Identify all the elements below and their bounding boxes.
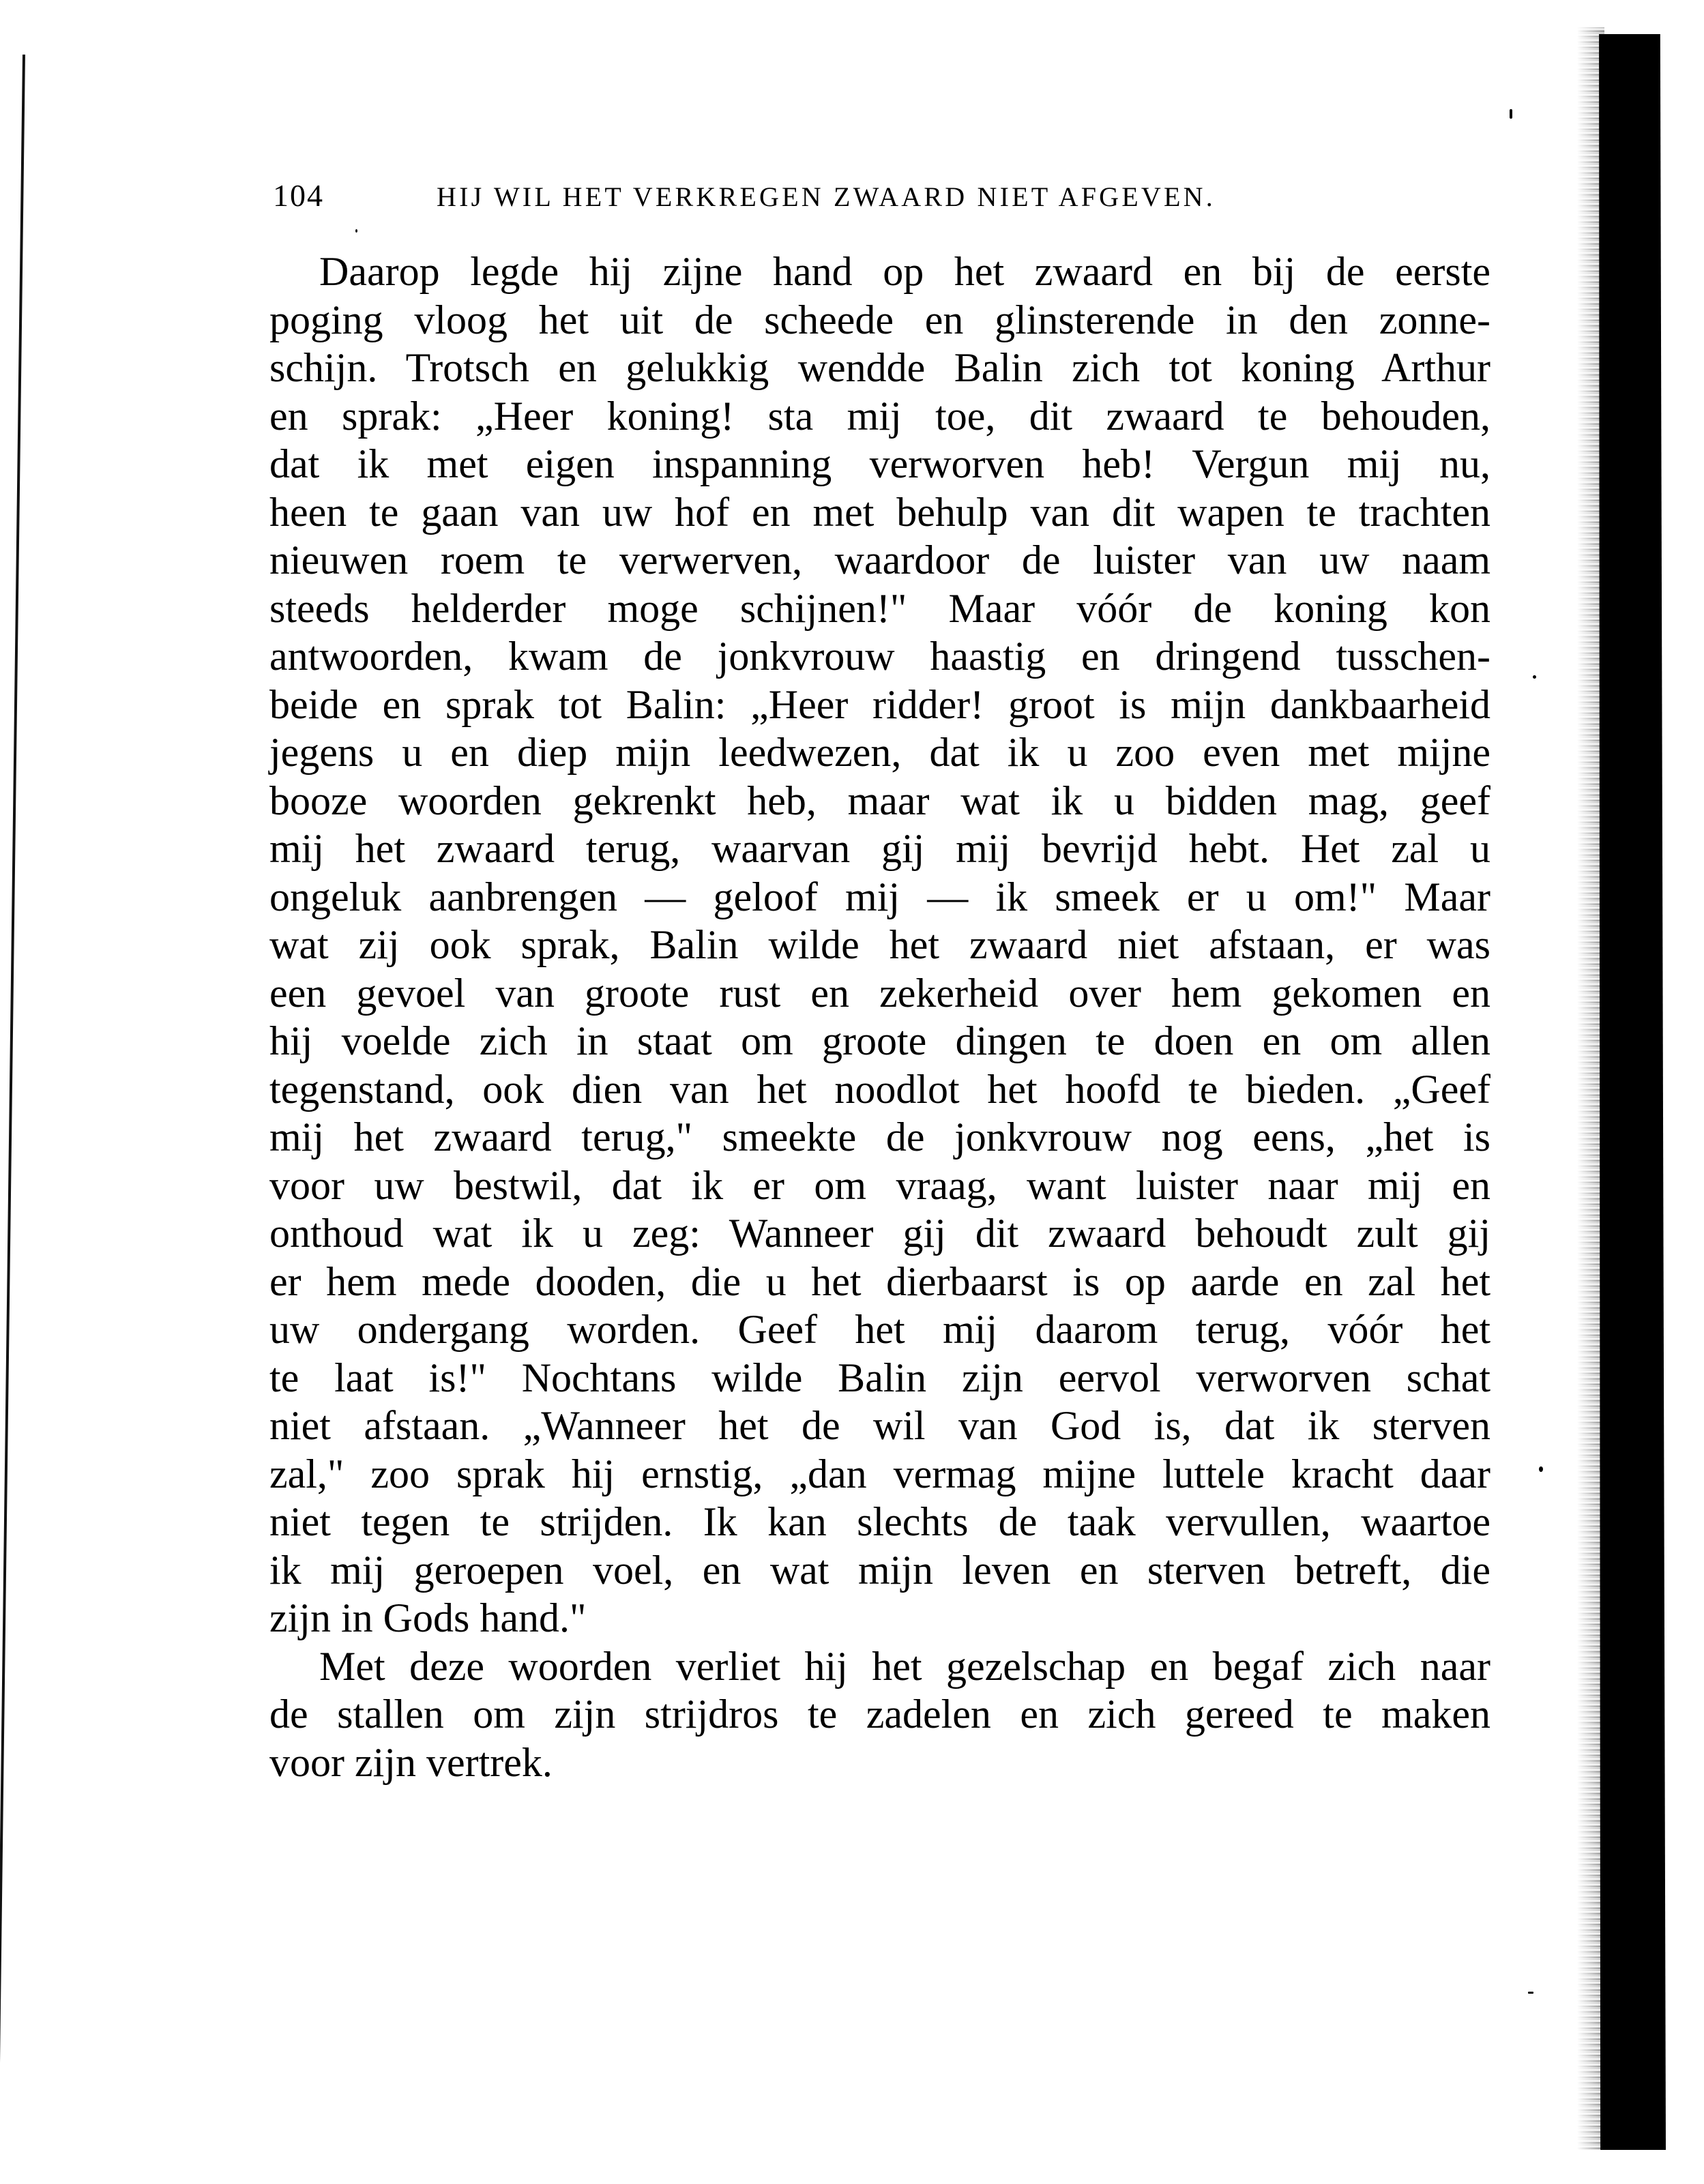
text-line: er hem mede dooden, die u het dierbaarst… [269, 1258, 1490, 1306]
text-line: wat zij ook sprak, Balin wilde het zwaar… [269, 921, 1490, 969]
text-line: ongeluk aanbrengen — geloof mij — ik sme… [269, 873, 1490, 921]
scan-speck [1539, 1466, 1543, 1472]
page-left-edge-line [0, 55, 25, 2184]
text-line: Daarop legde hij zijne hand op het zwaar… [269, 248, 1490, 296]
text-line: niet tegen te strijden. Ik kan slechts d… [269, 1498, 1490, 1546]
text-line: Met deze woorden verliet hij het gezelsc… [269, 1642, 1490, 1691]
text-line: poging vloog het uit de scheede en glins… [269, 296, 1490, 344]
scan-speck [355, 229, 357, 233]
running-head-title: HIJ WIL HET VERKREGEN ZWAARD NIET AFGEVE… [437, 180, 1216, 214]
text-line: hij voelde zich in staat om groote dinge… [269, 1017, 1490, 1065]
text-line: tegenstand, ook dien van het noodlot het… [269, 1065, 1490, 1114]
text-line: zijn in Gods hand." [269, 1594, 1490, 1642]
text-line: zal," zoo sprak hij ernstig, „dan vermag… [269, 1450, 1490, 1499]
text-line: een gevoel van groote rust en zekerheid … [269, 969, 1490, 1018]
text-line: uw ondergang worden. Geef het mij daarom… [269, 1305, 1490, 1354]
scan-speck [1528, 1992, 1533, 1994]
paragraph-2: Met deze woorden verliet hij het gezelsc… [269, 1642, 1490, 1787]
running-head: 104 HIJ WIL HET VERKREGEN ZWAARD NIET AF… [273, 179, 1501, 213]
text-line: jegens u en diep mijn leedwezen, dat ik … [269, 728, 1490, 777]
text-line: nieuwen roem te verwerven, waardoor de l… [269, 536, 1490, 585]
text-line: onthoud wat ik u zeg: Wanneer gij dit zw… [269, 1209, 1490, 1258]
text-line: heen te gaan van uw hof en met behulp va… [269, 488, 1490, 537]
text-line: de stallen om zijn strijdros te zadelen … [269, 1690, 1490, 1739]
text-line: antwoorden, kwam de jonkvrouw haastig en… [269, 632, 1490, 681]
text-line: niet afstaan. „Wanneer het de wil van Go… [269, 1402, 1490, 1450]
paragraph-1: Daarop legde hij zijne hand op het zwaar… [269, 248, 1490, 1642]
text-line: en sprak: „Heer koning! sta mij toe, dit… [269, 392, 1490, 441]
text-line: beide en sprak tot Balin: „Heer ridder! … [269, 681, 1490, 729]
text-line: schijn. Trotsch en gelukkig wendde Balin… [269, 344, 1490, 392]
body-text: Daarop legde hij zijne hand op het zwaar… [269, 248, 1490, 1786]
scan-speck [1510, 109, 1512, 119]
text-line: te laat is!" Nochtans wilde Balin zijn e… [269, 1354, 1490, 1402]
scan-speck [1533, 675, 1536, 679]
text-line: ik mij geroepen voel, en wat mijn leven … [269, 1546, 1490, 1595]
text-line: voor zijn vertrek. [269, 1739, 1490, 1787]
binding-shadow [1596, 34, 1666, 2150]
text-line: dat ik met eigen inspanning verworven he… [269, 440, 1490, 488]
page-number: 104 [273, 179, 324, 213]
text-line: booze woorden gekrenkt heb, maar wat ik … [269, 777, 1490, 825]
text-line: mij het zwaard terug," smeekte de jonkvr… [269, 1113, 1490, 1162]
text-line: steeds helderder moge schijnen!" Maar vó… [269, 585, 1490, 633]
text-line: voor uw bestwil, dat ik er om vraag, wan… [269, 1162, 1490, 1210]
text-line: mij het zwaard terug, waarvan gij mij be… [269, 825, 1490, 873]
